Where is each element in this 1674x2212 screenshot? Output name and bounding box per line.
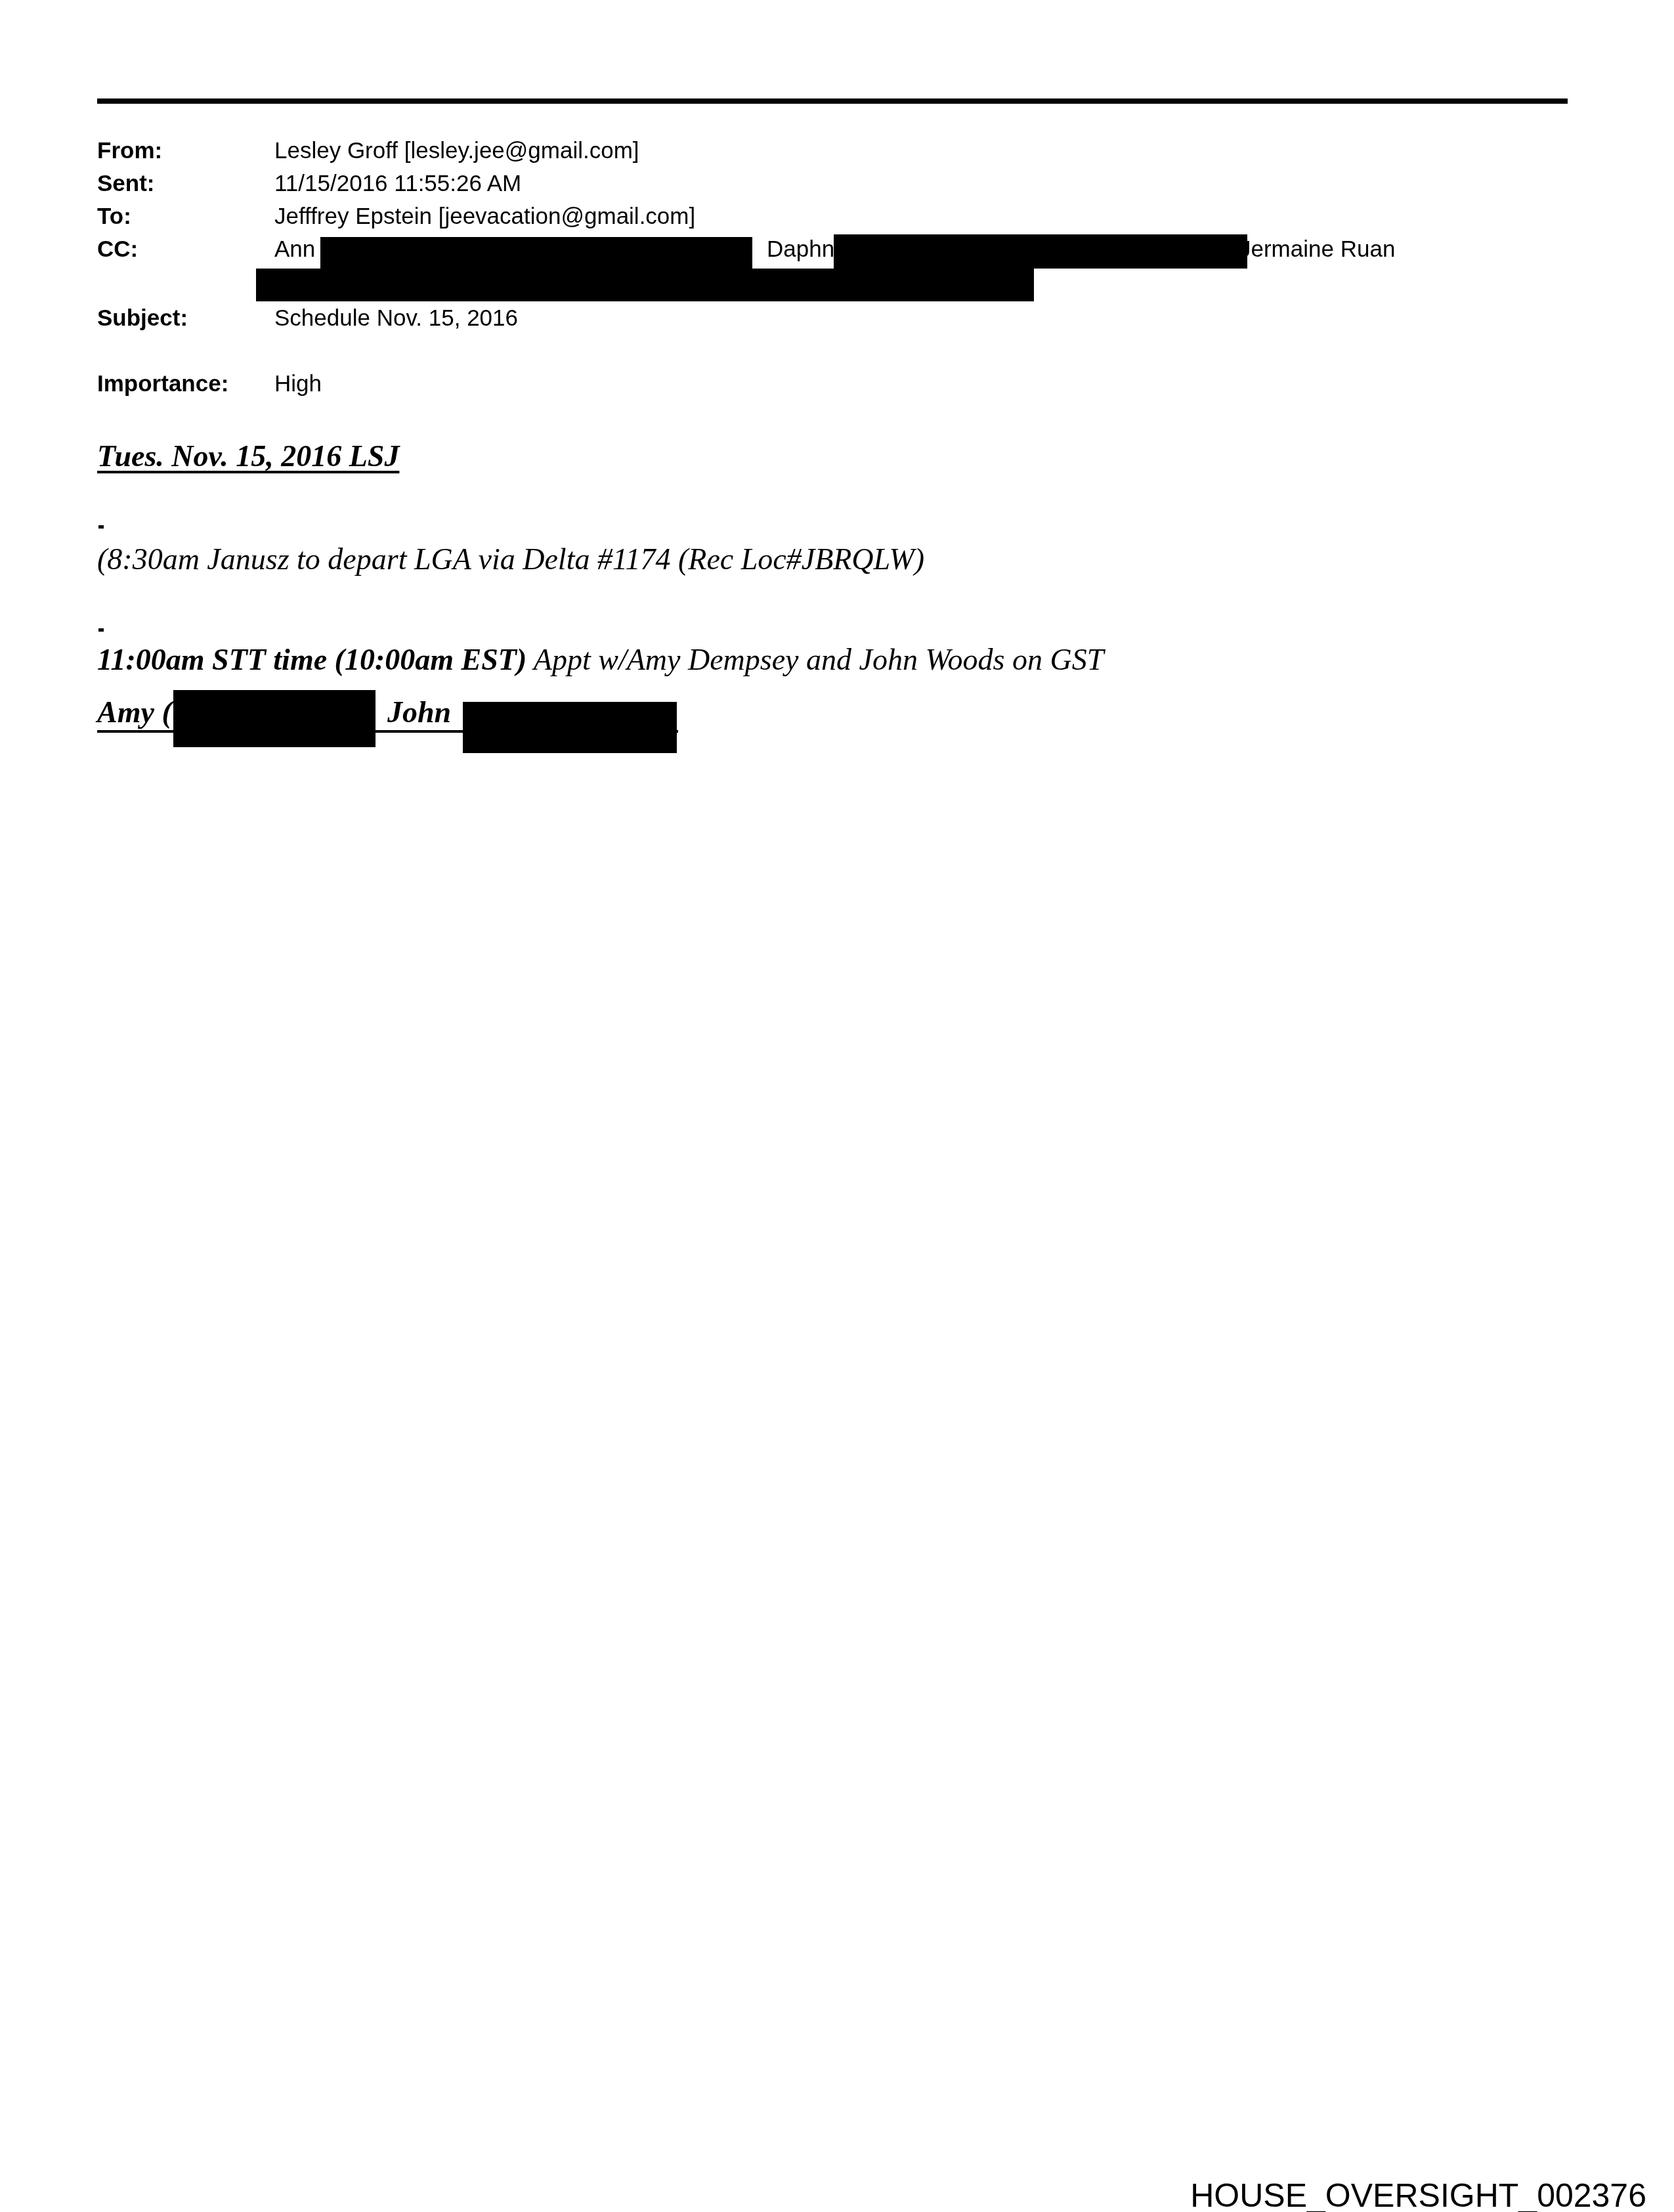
contact-john-label: John <box>387 695 451 729</box>
importance-label: Importance: <box>97 371 228 397</box>
from-value: Lesley Groff [lesley.jee@gmail.com] <box>274 138 639 164</box>
redaction-box <box>256 269 1034 301</box>
to-label: To: <box>97 204 131 230</box>
subject-label: Subject: <box>97 305 188 332</box>
contact-amy-label: Amy ( <box>97 695 172 729</box>
day-heading: Tues. Nov. 15, 2016 LSJ <box>97 439 399 473</box>
appointment-time: 11:00am STT time (10:00am EST) <box>97 643 526 676</box>
cc-label: CC: <box>97 236 138 263</box>
bates-number: HOUSE_OVERSIGHT_002376 <box>1190 2177 1646 2212</box>
bullet-dash <box>98 628 104 632</box>
appointment-description: Appt w/Amy Dempsey and John Woods on GST <box>526 643 1104 676</box>
from-label: From: <box>97 138 162 164</box>
sent-value: 11/15/2016 11:55:26 AM <box>274 171 521 197</box>
header-separator-rule <box>97 98 1568 104</box>
redaction-box <box>173 690 376 747</box>
redaction-box <box>834 234 1247 269</box>
redaction-box <box>439 237 752 269</box>
sent-label: Sent: <box>97 171 155 197</box>
importance-value: High <box>274 371 322 397</box>
to-value: Jefffrey Epstein [jeevacation@gmail.com] <box>274 204 695 230</box>
cc-recipient-3: Jermaine Ruan <box>1239 236 1395 263</box>
redaction-box <box>463 702 677 753</box>
schedule-entry-appointment: 11:00am STT time (10:00am EST) Appt w/Am… <box>97 642 1104 677</box>
contacts-line: Amy ( John <box>97 695 172 729</box>
subject-value: Schedule Nov. 15, 2016 <box>274 305 518 332</box>
bullet-dash <box>98 525 104 529</box>
schedule-entry-flight: (8:30am Janusz to depart LGA via Delta #… <box>97 542 924 576</box>
